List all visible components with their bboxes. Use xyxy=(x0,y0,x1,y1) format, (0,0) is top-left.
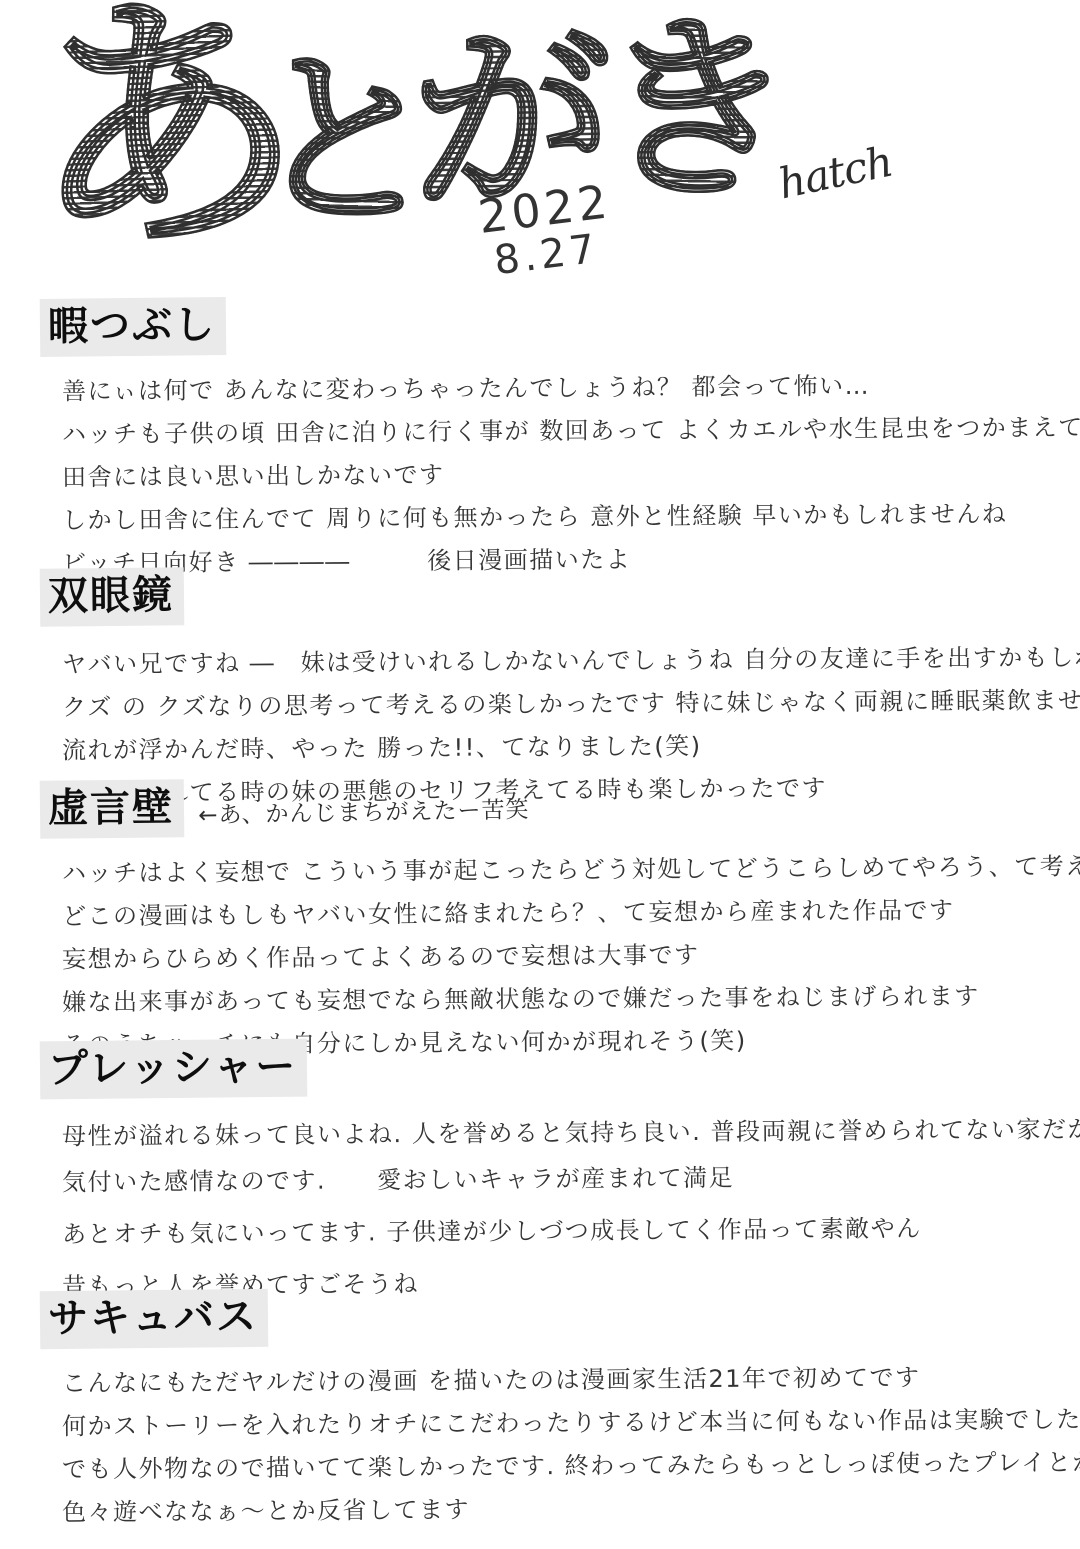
page-title: あ と が き 2022 8.27 hatch xyxy=(0,0,1080,300)
handwritten-line: こんなにもただヤルだけの漫画 を描いたのは漫画家生活21年で初めてです xyxy=(62,1360,1052,1401)
handwritten-line: クズ の クズなりの思考って考えるの楽しかったです 特に妹じゃなく両親に睡眠薬飲… xyxy=(62,684,1052,725)
handwritten-line: 色々遊べななぁ〜とか反省してます xyxy=(62,1489,1052,1530)
handwritten-line: 何かストーリーを入れたりオチにこだわったりするけど本当に何もない作品は実験でした xyxy=(62,1403,1052,1444)
handwritten-line: 善にぃは何で あんなに変わっちゃったんでしょうね？ 都会って怖い… xyxy=(62,368,1052,409)
title-char: き xyxy=(596,10,797,211)
section-body: 善にぃは何で あんなに変わっちゃったんでしょうね？ 都会って怖い…ハッチも子供の… xyxy=(40,356,1052,577)
section-body: こんなにもただヤルだけの漫画 を描いたのは漫画家生活21年で初めてです何かストー… xyxy=(40,1348,1052,1526)
handwritten-line: ハッチも子供の頃 田舎に泊りに行く事が 数回あって よくカエルや水生昆虫をつかま… xyxy=(62,411,1052,452)
handwritten-line: 母性が溢れる妹って良いよね. 人を誉めると気持ち良い. 普段両親に誉められてない… xyxy=(62,1113,1052,1154)
section-body: 母性が溢れる妹って良いよね. 人を誉めると気持ち良い. 普段両親に誉められてない… xyxy=(40,1098,1052,1300)
section-header-row: 虚言壁←あ、かんじまちがえたー苦笑 xyxy=(40,780,1052,838)
section-header: 暇つぶし xyxy=(40,297,227,357)
afterword-section: プレッシャー母性が溢れる妹って良いよね. 人を誉めると気持ち良い. 普段両親に誉… xyxy=(40,1040,1052,1312)
handwritten-line: 嫌な出来事があっても妄想でなら無敵状態なので嫌だった事をねじまげられます xyxy=(62,979,1052,1020)
handwritten-line: どこの漫画はもしもヤバい女性に絡まれたら？、て妄想から産まれた作品です xyxy=(62,893,1052,934)
handwritten-line: ハッチはよく妄想で こういう事が起こったらどう対処してどうこらしめてやろう、て考… xyxy=(62,850,1052,891)
afterword-section: 双眼鏡ヤバい兄ですね ― 妹は受けいれるしかないんでしょうね 自分の友達に手を出… xyxy=(40,568,1052,816)
handwritten-line: ヤバい兄ですね ― 妹は受けいれるしかないんでしょうね 自分の友達に手を出すかも… xyxy=(62,641,1052,682)
section-header-row: プレッシャー xyxy=(40,1040,1052,1098)
handwritten-line: しかし田舎に住んでて 周りに何も無かったら 意外と性経験 早いかもしれませんね xyxy=(62,497,1052,538)
section-header: サキュバス xyxy=(40,1289,269,1349)
handwritten-line: あとオチも気にいってます. 子供達が少しづつ成長してく作品って素敵やん xyxy=(62,1211,1052,1252)
handwritten-line: でも人外物なので描いてて楽しかったです. 終わってみたらもっとしっぽ使ったプレイ… xyxy=(62,1446,1052,1487)
handwritten-line: 気付いた感情なのです. 愛おしいキャラが産まれて満足 xyxy=(62,1159,1052,1200)
section-header-row: 双眼鏡 xyxy=(40,568,1052,626)
section-header-note: ←あ、かんじまちがえたー苦笑 xyxy=(198,777,530,830)
section-header: プレッシャー xyxy=(40,1039,308,1100)
handwritten-line: 流れが浮かんだ時、やった 勝った!!、てなりました(笑) xyxy=(62,727,1052,768)
section-body: ハッチはよく妄想で こういう事が起こったらどう対処してどうこらしめてやろう、て考… xyxy=(40,838,1052,1059)
afterword-section: サキュバスこんなにもただヤルだけの漫画 を描いたのは漫画家生活21年で初めてです… xyxy=(40,1290,1052,1535)
section-header: 虚言壁 xyxy=(40,779,185,839)
section-header: 双眼鏡 xyxy=(40,567,185,627)
section-header-row: サキュバス xyxy=(40,1290,1052,1348)
section-header-row: 暇つぶし xyxy=(40,298,1052,356)
afterword-section: 暇つぶし善にぃは何で あんなに変わっちゃったんでしょうね？ 都会って怖い…ハッチ… xyxy=(40,298,1052,586)
afterword-section: 虚言壁←あ、かんじまちがえたー苦笑ハッチはよく妄想で こういう事が起こったらどう… xyxy=(40,780,1052,1068)
handwritten-line: 田舎には良い思い出しかないです xyxy=(62,454,1052,495)
handwritten-line: 妄想からひらめく作品ってよくあるので妄想は大事です xyxy=(62,936,1052,977)
